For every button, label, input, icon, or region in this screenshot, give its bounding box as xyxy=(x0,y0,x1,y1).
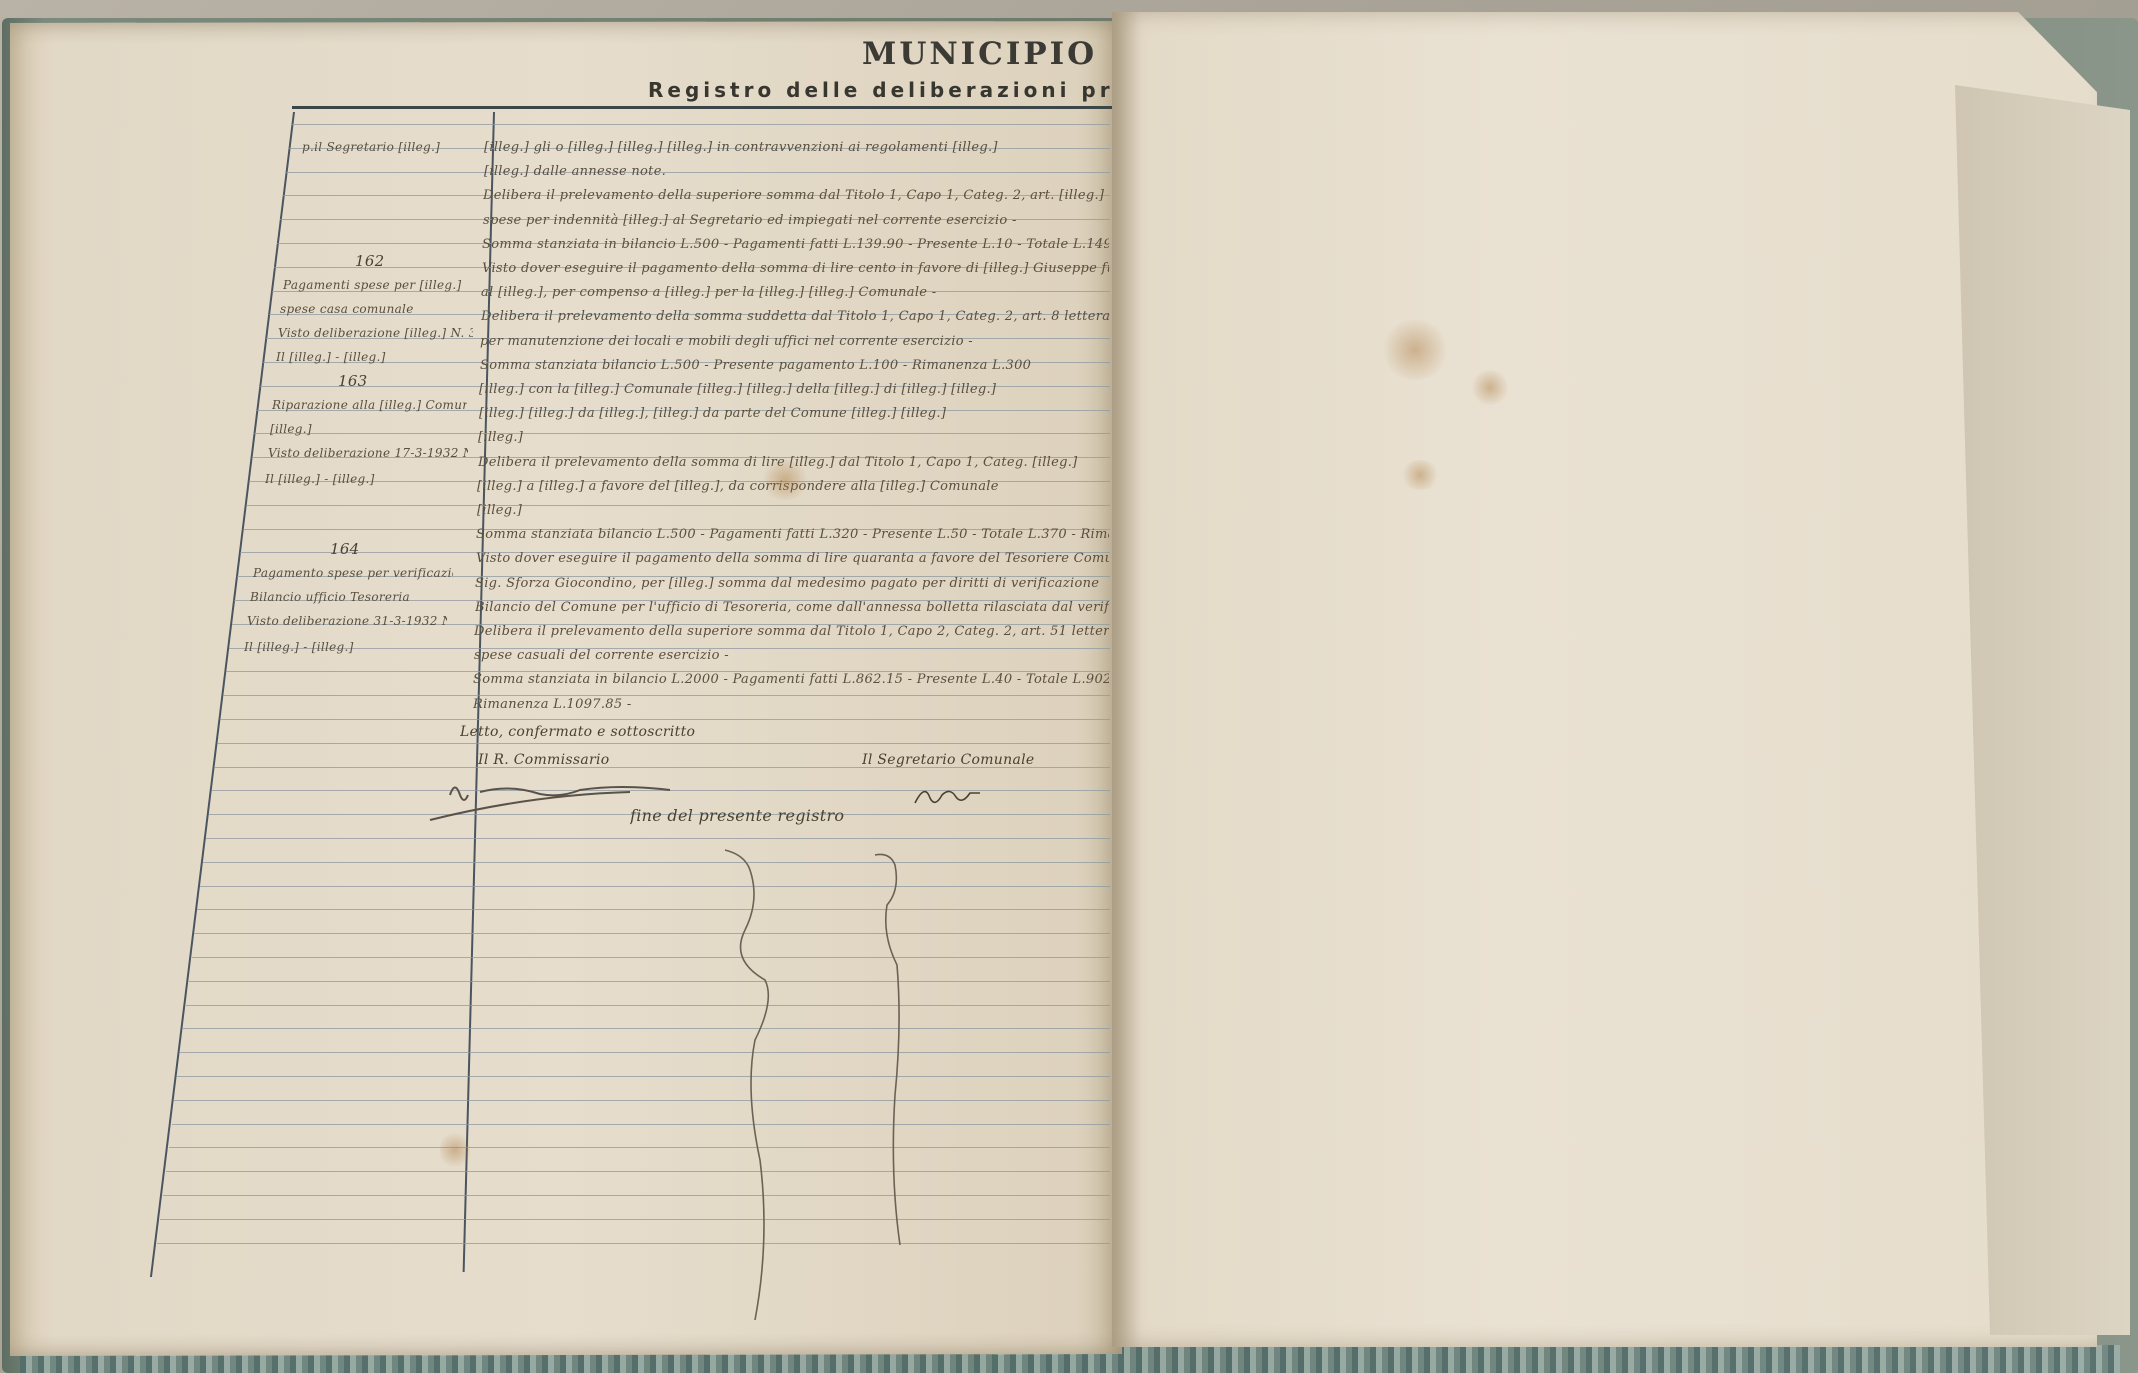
header-rule xyxy=(292,106,1114,109)
deliberation-text-line: Bilancio del Comune per l'ufficio di Tes… xyxy=(475,600,1109,615)
entry-subject-line: Visto deliberazione [illeg.] N. 327 xyxy=(278,326,473,340)
deliberation-text-line: [illeg.] con la [illeg.] Comunale [illeg… xyxy=(479,382,1109,397)
ruled-line xyxy=(163,1195,1110,1196)
deliberation-text-line: al [illeg.], per compenso a [illeg.] per… xyxy=(481,285,1109,300)
entry-subject-line: Riparazione alla [illeg.] Comunale xyxy=(272,398,467,412)
entry-subject-line: Bilancio ufficio Tesoreria xyxy=(250,590,445,604)
entry-subject-line: Il [illeg.] - [illeg.] xyxy=(265,472,455,486)
deliberation-text-line: [illeg.] [illeg.] da [illeg.], [illeg.] … xyxy=(479,406,1109,421)
ruled-line xyxy=(189,981,1110,982)
ruled-line xyxy=(169,1147,1110,1148)
left-entry-header-note: p.il Segretario [illeg.] xyxy=(302,140,440,154)
ruled-line xyxy=(174,1100,1110,1101)
foxing-stain xyxy=(1380,320,1450,380)
ruled-line xyxy=(220,719,1110,720)
deliberation-text-line: spese per indennità [illeg.] al Segretar… xyxy=(483,213,1109,228)
deliberation-text-line: Somma stanziata in bilancio L.2000 - Pag… xyxy=(473,672,1109,687)
deliberation-text-line: [illeg.] dalle annesse note. xyxy=(484,164,1109,179)
entry-number: 163 xyxy=(338,372,368,390)
entry-subject-line: Visto deliberazione 17-3-1932 N.3070-8 xyxy=(268,446,468,460)
closing-pen-stroke-right xyxy=(870,850,920,1250)
right-page-blank xyxy=(1112,12,2097,1347)
ruled-line xyxy=(197,909,1110,910)
entry-number: 164 xyxy=(330,540,360,558)
ruled-line xyxy=(183,1028,1110,1029)
deliberation-text-line: Somma stanziata bilancio L.500 - Pagamen… xyxy=(476,527,1109,542)
deliberation-text-line: Delibera il prelevamento della superiore… xyxy=(474,624,1109,639)
foxing-stain xyxy=(440,1130,470,1170)
printed-header-subtitle: Registro delle deliberazioni pre xyxy=(648,78,1131,102)
entry-subject-line: spese casa comunale xyxy=(280,302,470,316)
foxing-stain xyxy=(1470,370,1510,405)
ruled-line xyxy=(177,1076,1110,1077)
closing-confirmation: Letto, confermato e sottoscritto xyxy=(460,724,695,740)
deliberation-text-line: Visto dover eseguire il pagamento della … xyxy=(482,261,1109,276)
ruled-line xyxy=(166,1171,1110,1172)
ruled-line xyxy=(172,1124,1110,1125)
ruled-line xyxy=(206,838,1110,839)
printed-header-title: MUNICIPIO D xyxy=(862,36,1141,72)
ruled-line xyxy=(217,743,1110,744)
entry-subject-line: Il [illeg.] - [illeg.] xyxy=(276,350,466,364)
ruled-line xyxy=(200,886,1110,887)
ruled-line xyxy=(194,933,1110,934)
entry-number: 162 xyxy=(355,252,385,270)
foxing-stain xyxy=(760,460,810,500)
deliberation-text-line: Delibera il prelevamento della somma sud… xyxy=(481,309,1109,324)
entry-subject-line: [illeg.] xyxy=(270,422,460,436)
deliberation-text-line: Delibera il prelevamento della superiore… xyxy=(483,188,1109,203)
deliberation-text-line: per manutenzione dei locali e mobili deg… xyxy=(480,334,1109,349)
ruled-line xyxy=(157,1243,1110,1244)
left-signatory-title: Il R. Commissario xyxy=(478,752,609,768)
ruled-line xyxy=(186,1005,1110,1006)
deliberation-text-line: Sig. Sforza Giocondino, per [illeg.] som… xyxy=(475,576,1109,591)
entry-subject-line: Pagamenti spese per [illeg.] xyxy=(283,278,473,292)
entry-subject-line: Pagamento spese per verificazione xyxy=(253,566,453,580)
ruled-line xyxy=(292,124,1110,125)
end-of-register-note: fine del presente registro xyxy=(630,806,844,825)
foxing-stain xyxy=(1400,460,1440,490)
deliberation-text-line: [illeg.] gli o [illeg.] [illeg.] [illeg.… xyxy=(484,140,1109,155)
closing-pen-stroke-left xyxy=(715,845,775,1325)
deliberation-text-line: Rimanenza L.1097.85 - xyxy=(473,697,1109,712)
ruled-line xyxy=(192,957,1110,958)
deliberation-text-line: Somma stanziata bilancio L.500 - Present… xyxy=(480,358,1109,373)
right-signature-scrawl xyxy=(910,778,990,813)
ruled-line xyxy=(203,862,1110,863)
deliberation-text-line: Visto dover eseguire il pagamento della … xyxy=(476,551,1109,566)
deliberation-text-line: spese casuali del corrente esercizio - xyxy=(474,648,1109,663)
entry-subject-line: Visto deliberazione 31-3-1932 N.3201 xyxy=(247,614,447,628)
right-signatory-title: Il Segretario Comunale xyxy=(862,752,1034,768)
entry-subject-line: Il [illeg.] - [illeg.] xyxy=(244,640,434,654)
deliberation-text-line: [illeg.] xyxy=(477,503,1109,518)
deliberation-text-line: [illeg.] xyxy=(478,430,1109,445)
ruled-line xyxy=(180,1052,1110,1053)
ruled-line xyxy=(160,1219,1110,1220)
deliberation-text-line: Somma stanziata in bilancio L.500 - Paga… xyxy=(482,237,1109,252)
